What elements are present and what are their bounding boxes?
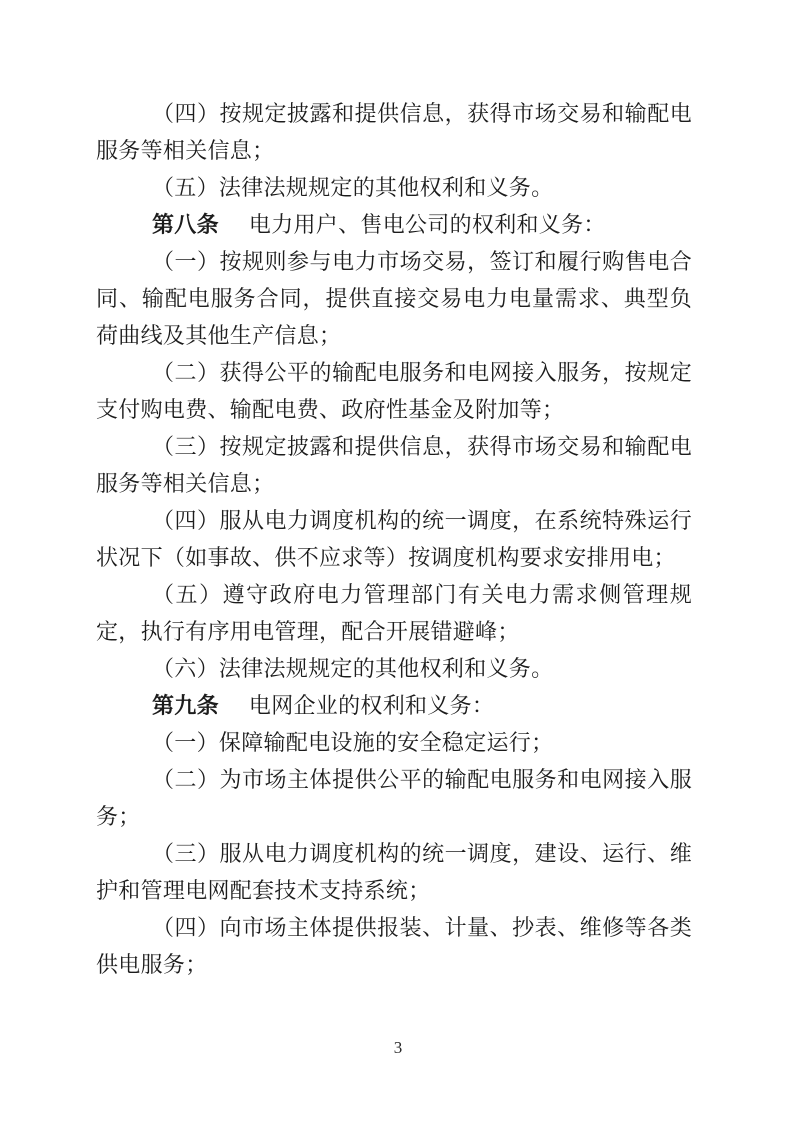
paragraph-text: （一）按规则参与电力市场交易，签订和履行购售电合同、输配电服务合同，提供直接交易… [96, 249, 692, 348]
paragraph-text: （三）按规定披露和提供信息，获得市场交易和输配电服务等相关信息； [96, 434, 692, 496]
paragraph: （四）服从电力调度机构的统一调度，在系统特殊运行状况下（如事故、供不应求等）按调… [96, 502, 692, 576]
paragraph: （一）保障输配电设施的安全稳定运行； [96, 724, 692, 761]
paragraph: （三）按规定披露和提供信息，获得市场交易和输配电服务等相关信息； [96, 428, 692, 502]
paragraph-text: （二）获得公平的输配电服务和电网接入服务，按规定支付购电费、输配电费、政府性基金… [96, 360, 692, 422]
paragraph: （六）法律法规规定的其他权利和义务。 [96, 650, 692, 687]
paragraph: （四）向市场主体提供报装、计量、抄表、维修等各类供电服务； [96, 909, 692, 983]
paragraph-text: （一）保障输配电设施的安全稳定运行； [152, 730, 553, 755]
paragraph: （二）获得公平的输配电服务和电网接入服务，按规定支付购电费、输配电费、政府性基金… [96, 354, 692, 428]
article-label: 第八条 [152, 212, 219, 237]
paragraph: 第九条电网企业的权利和义务： [96, 687, 692, 724]
paragraph: （五）法律法规规定的其他权利和义务。 [96, 169, 692, 206]
paragraph-text: （五）遵守政府电力管理部门有关电力需求侧管理规定，执行有序用电管理，配合开展错避… [96, 582, 692, 644]
page-number: 3 [0, 1036, 796, 1060]
paragraph-text: 电力用户、售电公司的权利和义务： [249, 212, 606, 237]
paragraph-text: （三）服从电力调度机构的统一调度，建设、运行、维护和管理电网配套技术支持系统； [96, 841, 692, 903]
paragraph-text: （六）法律法规规定的其他权利和义务。 [152, 656, 553, 681]
article-label: 第九条 [152, 693, 219, 718]
paragraph-text: 电网企业的权利和义务： [249, 693, 494, 718]
paragraph: （三）服从电力调度机构的统一调度，建设、运行、维护和管理电网配套技术支持系统； [96, 835, 692, 909]
paragraph-text: （四）按规定披露和提供信息，获得市场交易和输配电服务等相关信息； [96, 101, 692, 163]
paragraph: （五）遵守政府电力管理部门有关电力需求侧管理规定，执行有序用电管理，配合开展错避… [96, 576, 692, 650]
paragraph-text: （二）为市场主体提供公平的输配电服务和电网接入服务； [96, 767, 692, 829]
paragraph: （二）为市场主体提供公平的输配电服务和电网接入服务； [96, 761, 692, 835]
paragraph-text: （五）法律法规规定的其他权利和义务。 [152, 175, 553, 200]
paragraph: （四）按规定披露和提供信息，获得市场交易和输配电服务等相关信息； [96, 95, 692, 169]
paragraph-text: （四）服从电力调度机构的统一调度，在系统特殊运行状况下（如事故、供不应求等）按调… [96, 508, 692, 570]
document-page: （四）按规定披露和提供信息，获得市场交易和输配电服务等相关信息； （五）法律法规… [0, 0, 796, 1123]
document-body: （四）按规定披露和提供信息，获得市场交易和输配电服务等相关信息； （五）法律法规… [96, 95, 692, 983]
paragraph: 第八条电力用户、售电公司的权利和义务： [96, 206, 692, 243]
paragraph-text: （四）向市场主体提供报装、计量、抄表、维修等各类供电服务； [96, 915, 692, 977]
paragraph: （一）按规则参与电力市场交易，签订和履行购售电合同、输配电服务合同，提供直接交易… [96, 243, 692, 354]
